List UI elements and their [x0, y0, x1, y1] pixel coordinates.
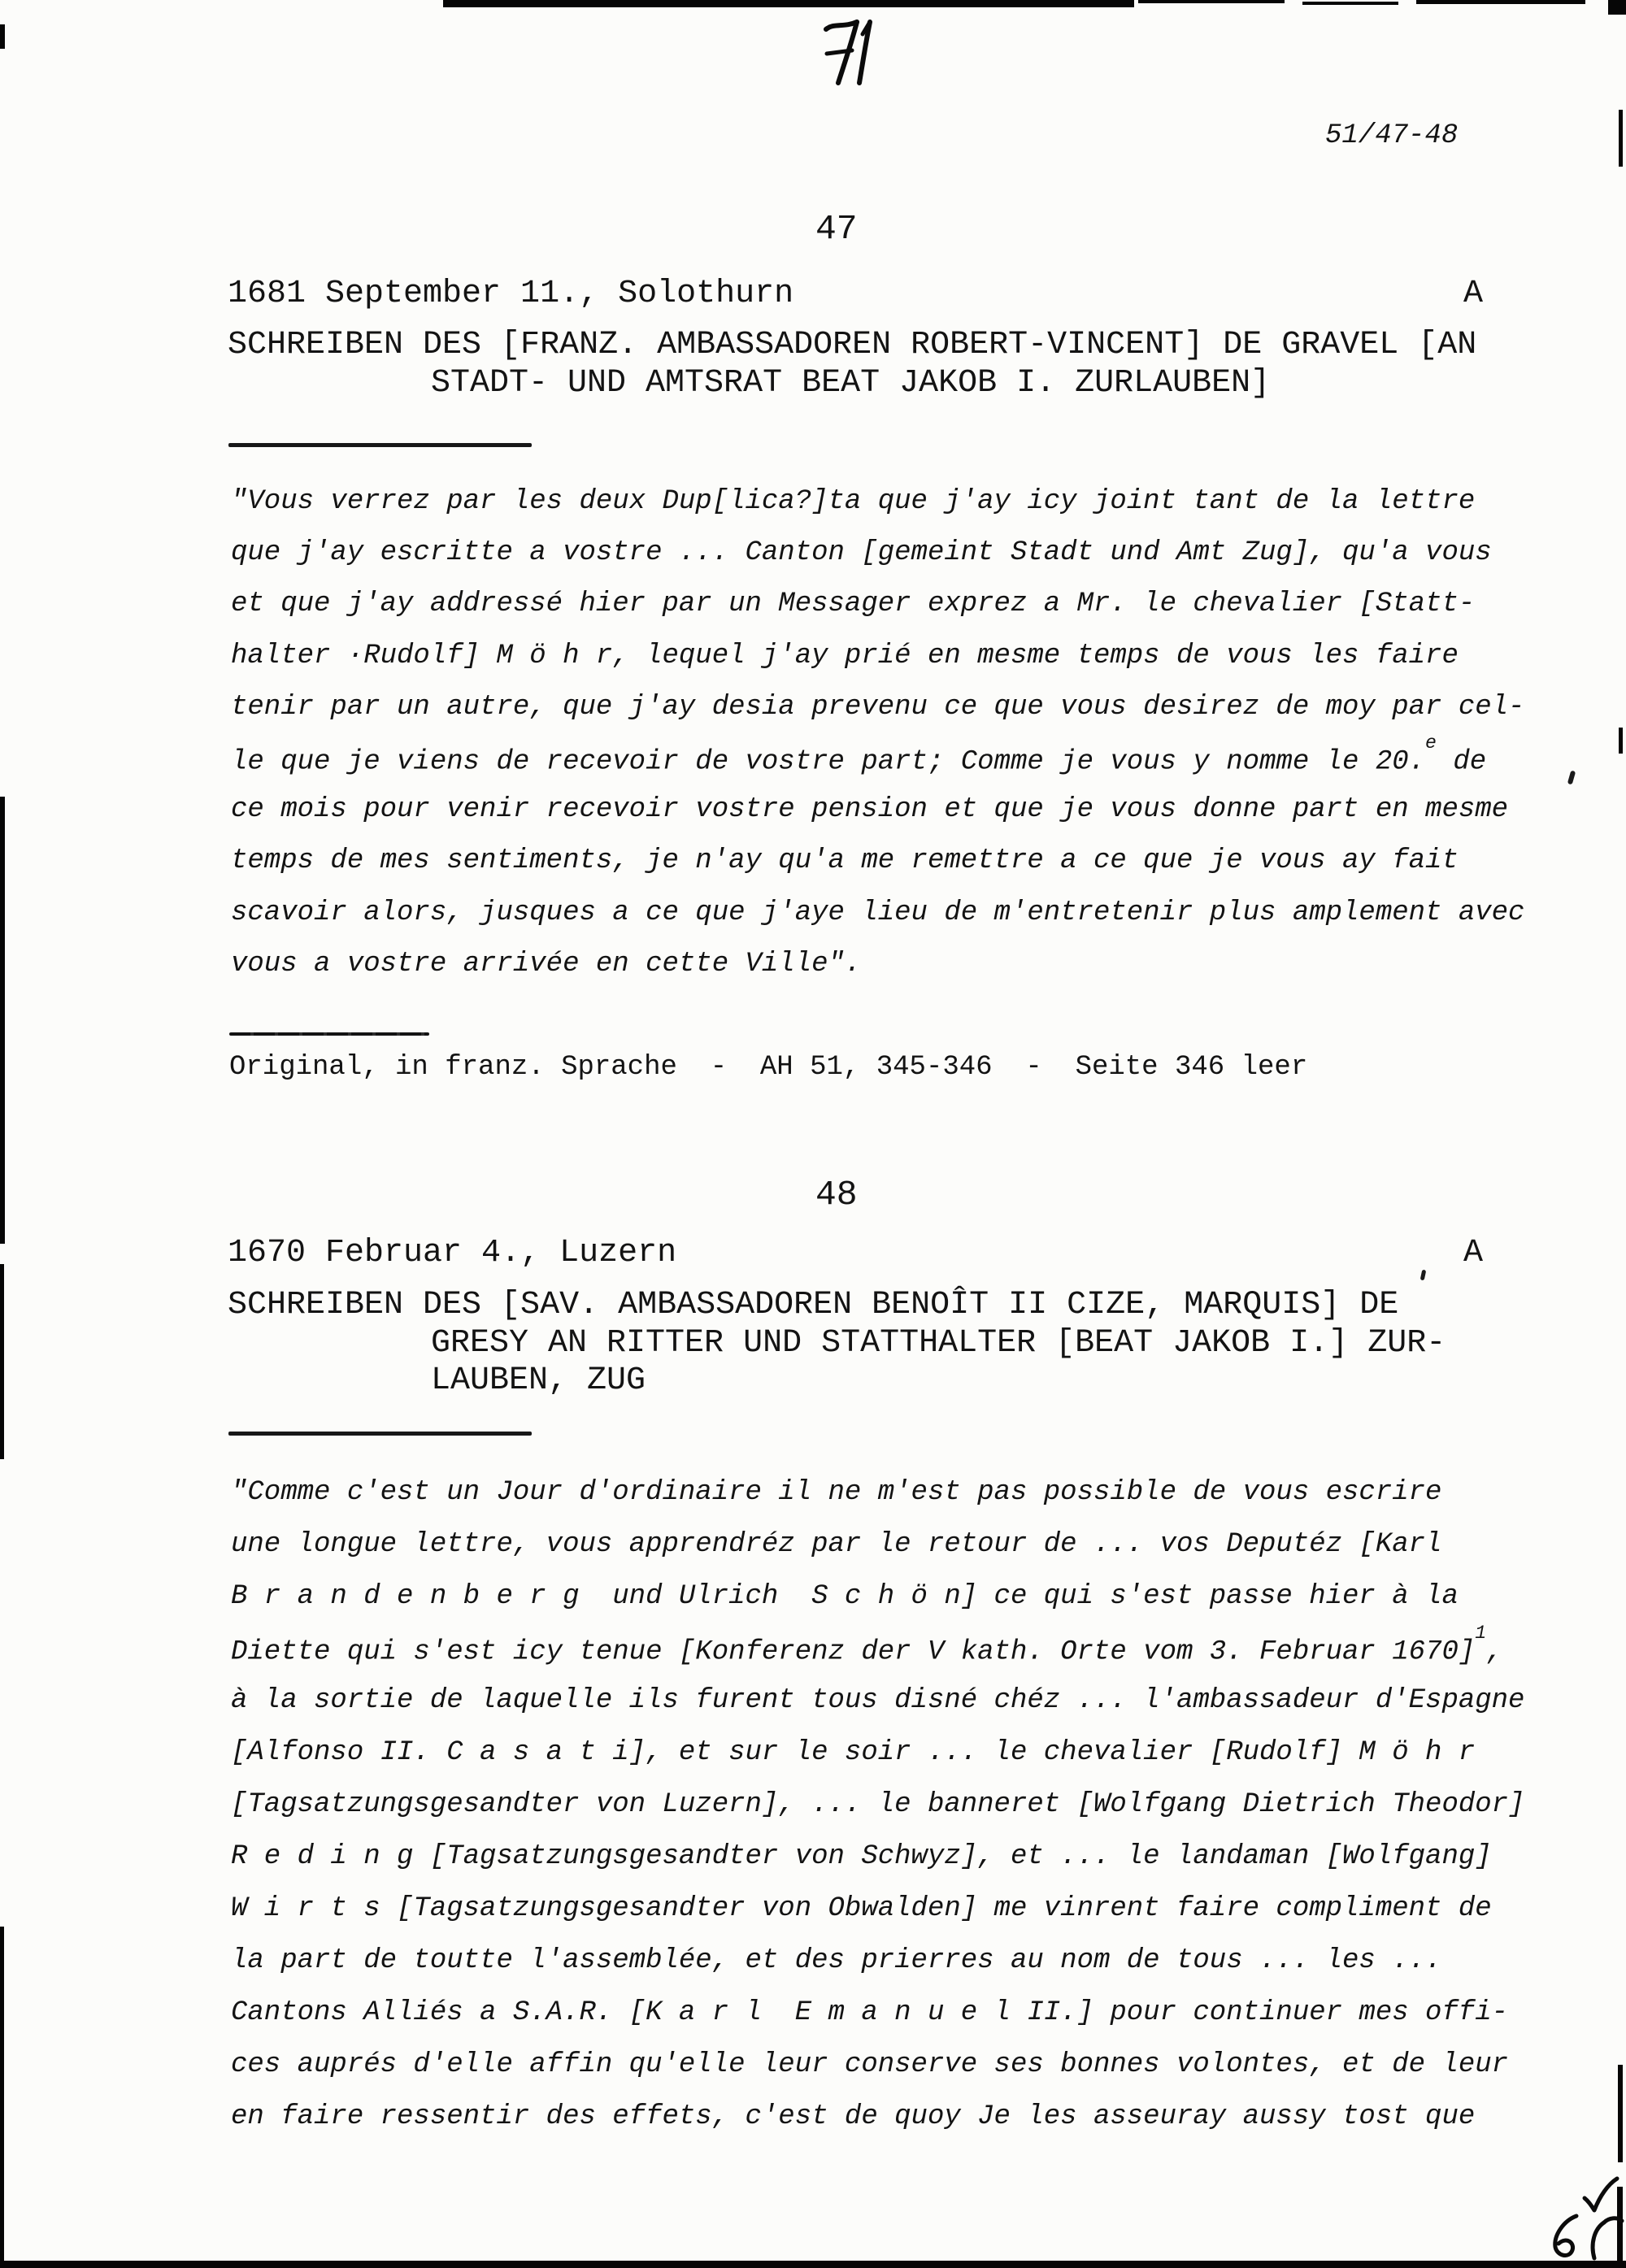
handwritten-footer-number: [1549, 2213, 1624, 2261]
quote-line: B r a n d e n b e r g und Ulrich S c h ö…: [231, 1583, 1459, 1610]
quote-line: ces auprés d'elle affin qu'elle leur con…: [231, 2051, 1508, 2079]
quote-line: [Alfonso II. C a s a t i], et sur le soi…: [231, 1739, 1475, 1766]
handwritten-checkmark: [1580, 2175, 1621, 2213]
entry-48-quotation: "Comme c'est un Jour d'ordinaire il ne m…: [0, 0, 1626, 2268]
quote-line: Diette qui s'est icy tenue [Konferenz de…: [231, 1635, 1503, 1666]
quote-line: [Tagsatzungsgesandter von Luzern], ... l…: [231, 1791, 1524, 1818]
quote-line: une longue lettre, vous apprendréz par l…: [231, 1531, 1441, 1558]
superscript-note: 1: [1475, 1623, 1486, 1644]
quote-line: Cantons Alliés a S.A.R. [K a r l E m a n…: [231, 1999, 1508, 2027]
quote-line: W i r t s [Tagsatzungsgesandter von Obwa…: [231, 1895, 1492, 1923]
quote-line: à la sortie de laquelle ils furent tous …: [231, 1687, 1524, 1714]
scanned-document-page: 51/47-48 47 1681 September 11., Solothur…: [0, 0, 1626, 2268]
quote-line: la part de toutte l'assemblée, et des pr…: [231, 1947, 1441, 1975]
quote-line: R e d i n g [Tagsatzungsgesandter von Sc…: [231, 1843, 1492, 1870]
quote-line: en faire ressentir des effets, c'est de …: [231, 2103, 1475, 2131]
quote-line: "Comme c'est un Jour d'ordinaire il ne m…: [231, 1479, 1441, 1506]
